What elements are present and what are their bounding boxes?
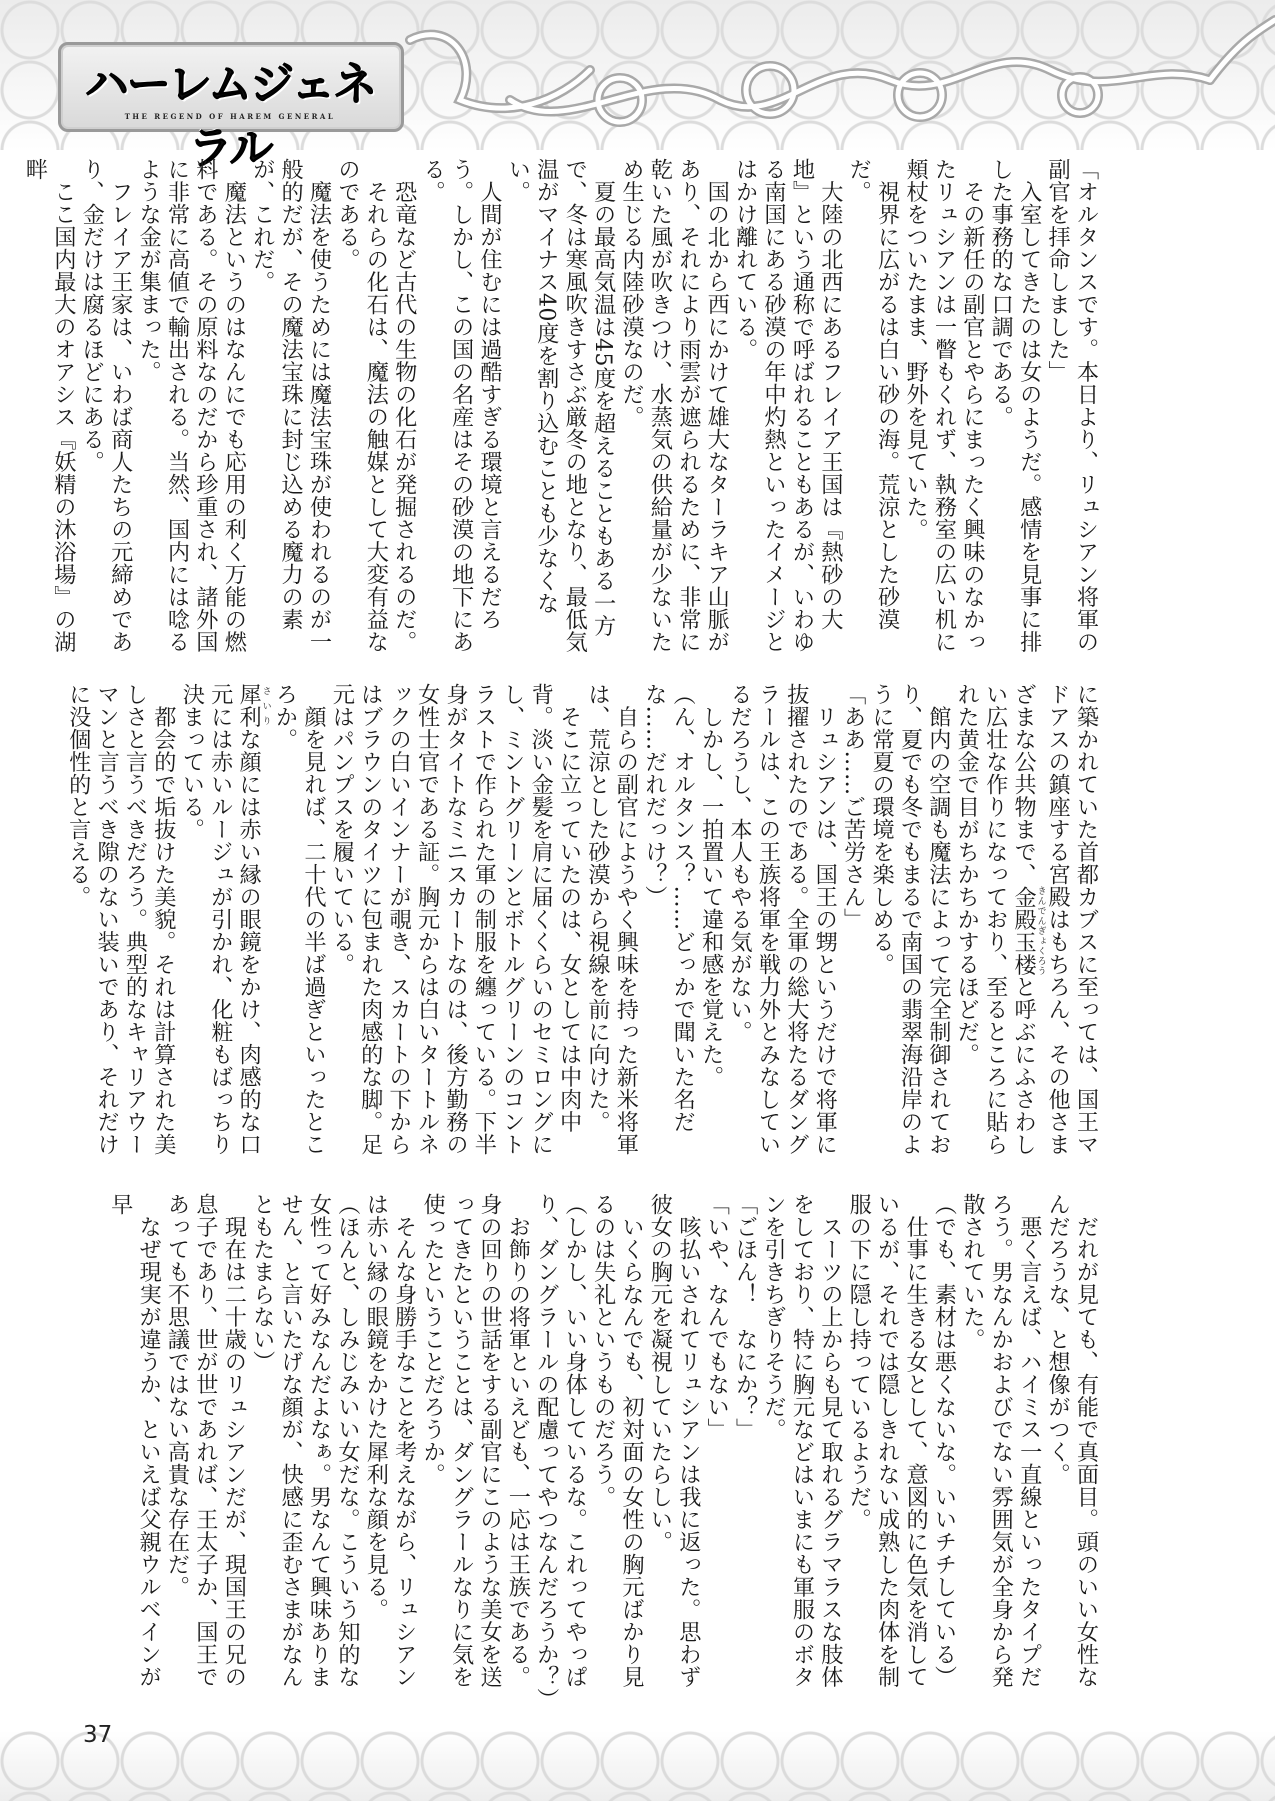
- text-block-bottom: だれが見ても、有能で真面目。頭のいい女性なんだろうな、と想像がつく。 悪く言えば…: [75, 1193, 1100, 1703]
- paragraph: 悪く言えば、ハイミス一直線といったタイプだろう。男なんかおよびでない雰囲気が全身…: [958, 1193, 1043, 1703]
- paragraph: フレイア王家は、いわば商人たちの元締めであり、金だけは腐るほどにある。: [77, 158, 134, 653]
- scroll-ornament-icon: [390, 0, 1275, 150]
- paragraph: そんな身勝手なことを考えながら、リュシアンは赤い縁の眼鏡をかけた犀利な顔を見る。: [361, 1193, 418, 1703]
- paragraph: それらの化石は、魔法の触媒として大変有益なのである。: [333, 158, 390, 653]
- paragraph: 「オルタンスです。本日より、リュシアン将軍の副官を拝命しました」: [1043, 158, 1100, 653]
- text-block-top: 「オルタンスです。本日より、リュシアン将軍の副官を拝命しました」 入室してきたの…: [75, 158, 1100, 653]
- paragraph: 咳払いされてリュシアンは我に返った。思わず彼女の胸元を凝視していたらしい。: [646, 1193, 703, 1703]
- paragraph: いくらなんでも、初対面の女性の胸元ばかり見るのは失礼というものだろう。: [589, 1193, 646, 1703]
- paragraph: 国の北から西にかけて雄大なターラキア山脈があり、それにより雨雲が遮られるために、…: [617, 158, 731, 653]
- text-block-middle: に築かれていた首都カブスに至っては、国王マドアスの鎮座する宮殿はもちろん、その他…: [75, 683, 1100, 1163]
- paragraph: （ほんと、しみじみいい女だな。こういう知的な女性って好みなんだよなぁ。男なんて興…: [248, 1193, 362, 1703]
- paragraph: なぜ現実が違うか、といえば父親ウルベインが早: [106, 1193, 163, 1703]
- logo-subtitle: THE REGEND OF HAREM GENERAL: [100, 112, 360, 121]
- ruby-kinden: 金殿玉楼きんでんぎょくろう: [1011, 886, 1037, 976]
- title-logo: ハーレムジェネラル THE REGEND OF HAREM GENERAL: [40, 30, 420, 140]
- paragraph: 館内の空調も魔法によって完全制御されており、夏でも冬でもまるで南国の翡翠海沿岸の…: [867, 683, 952, 1163]
- paragraph: その新任の副官とやらにまったく興味のなかったリュシアンは一瞥もくれず、執務室の広…: [901, 158, 986, 653]
- paragraph: （しかし、いい身体しているな。これってやっぱり、ダングラールの配慮ってやつなんだ…: [532, 1193, 589, 1703]
- paragraph: 「ああ……ご苦労さん」: [839, 683, 867, 1163]
- paragraph: だれが見ても、有能で真面目。頭のいい女性なんだろうな、と想像がつく。: [1043, 1193, 1100, 1703]
- paragraph: 現在は二十歳のリュシアンだが、現国王の兄の息子であり、世が世であれば、王太子か、…: [163, 1193, 248, 1703]
- page-number: 37: [83, 1722, 112, 1748]
- paragraph: お飾りの将軍といえども、一応は王族である。身の回りの世話をする副官にこのような美…: [418, 1193, 532, 1703]
- paragraph: 入室してきたのは女のようだ。感情を見事に排した事務的な口調である。: [986, 158, 1043, 653]
- paragraph: 仕事に生きる女として、意図的に色気を消しているが、それでは隠しきれない成熟した肉…: [844, 1193, 929, 1703]
- paragraph: 大陸の北西にあるフレイア王国は『熱砂の大地』という通称で呼ばれることもあるが、い…: [731, 158, 845, 653]
- paragraph: に築かれていた首都カブスに至っては、国王マドアスの鎮座する宮殿はもちろん、その他…: [952, 683, 1100, 1163]
- ruby-sairi: 犀利さいり: [236, 683, 262, 728]
- paragraph: スーツの上からも見て取れるグラマラスな肢体をしており、特に胸元などはいまにも軍服…: [759, 1193, 844, 1703]
- paragraph: 魔法というのはなんにでも応用の利く万能の燃料である。その原料なのだから珍重され、…: [134, 158, 248, 653]
- paragraph: 「ごほん！ なにか？」: [731, 1193, 759, 1703]
- paragraph: 自らの副官にようやく興味を持った新米将軍は、荒涼とした砂漠から視線を前に向けた。: [583, 683, 640, 1163]
- paragraph: 顔を見れば、二十代の半ば過ぎといったところか。: [271, 683, 328, 1163]
- paragraph: 夏の最高気温は45度を超えることもある一方で、冬は寒風吹きすさぶ厳冬の地となり、…: [503, 158, 617, 653]
- paragraph: ここ国内最大のオアシス『妖精の沐浴場』の湖畔: [21, 158, 78, 653]
- paragraph: 人間が住むには過酷すぎる環境と言えるだろう。しかし、この国の名産はその砂漠の地下…: [418, 158, 503, 653]
- footer-lattice-pattern: [0, 1731, 1275, 1801]
- paragraph: （でも、素材は悪くないな。いいチチしている）: [930, 1193, 958, 1703]
- paragraph: そこに立っていたのは、女としては中肉中背。淡い金髪を肩に届くくらいのセミロングに…: [327, 683, 583, 1163]
- paragraph: しかし、一拍置いて違和感を覚えた。: [697, 683, 725, 1163]
- paragraph: 魔法を使うためには魔法宝珠が使われるのが一般的だが、その魔法宝珠に封じ込める魔力…: [248, 158, 333, 653]
- paragraph: 恐竜など古代の生物の化石が発掘されるのだ。: [390, 158, 418, 653]
- paragraph: （ん、オルタンス？……どっかで聞いた名だな……だれだっけ？）: [640, 683, 697, 1163]
- paragraph: リュシアンは、国王の甥というだけで将軍に抜擢されたのである。全軍の総大将たるダン…: [725, 683, 839, 1163]
- paragraph: 都会的で垢抜けた美貌。それは計算された美しさと言うべきだろう。典型的なキャリアウ…: [64, 683, 178, 1163]
- paragraph: 犀利さいりな顔には赤い縁の眼鏡をかけ、肉感的な口元には赤いルージュが引かれ、化粧…: [177, 683, 270, 1163]
- paragraph: 「いや、なんでもない」: [702, 1193, 730, 1703]
- paragraph: 視界に広がるは白い砂の海。荒涼とした砂漠だ。: [844, 158, 901, 653]
